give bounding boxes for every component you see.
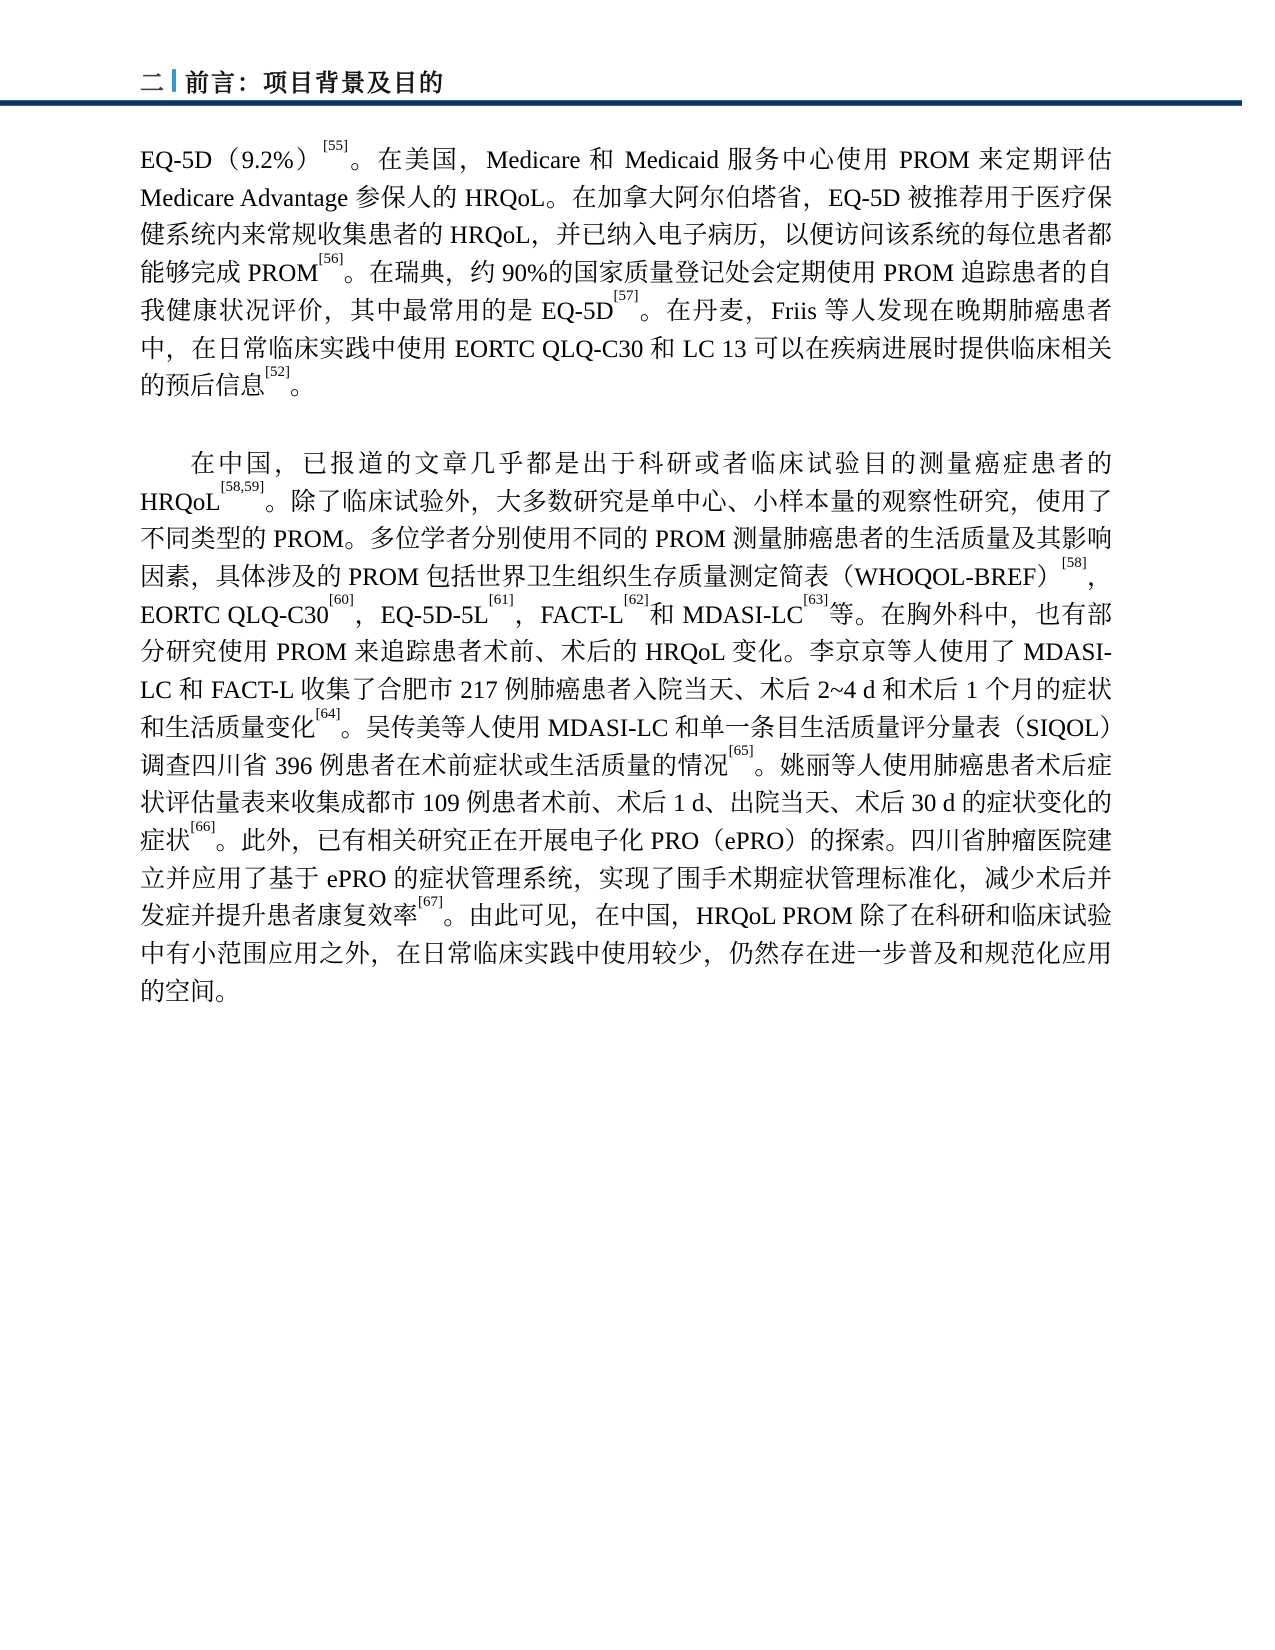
citation-superscript: [66]: [190, 819, 215, 835]
text-run: 和 MDASI-LC: [649, 602, 803, 629]
citation-superscript: [62]: [624, 592, 649, 608]
citation-superscript: [56]: [319, 251, 344, 267]
citation-superscript: [67]: [418, 894, 443, 910]
citation-superscript: [52]: [265, 364, 290, 380]
citation-superscript: [57]: [614, 288, 639, 304]
header-separator-bar: [172, 69, 176, 92]
running-head: 二 前言：项目背景及目的: [0, 0, 1275, 96]
header-rule: [0, 100, 1242, 106]
chapter-number: 二: [140, 63, 165, 98]
citation-superscript: [58]: [1062, 555, 1087, 571]
citation-superscript: [60]: [329, 592, 354, 608]
document-body: EQ-5D（9.2%）[55]。在美国，Medicare 和 Medicaid …: [140, 142, 1112, 1011]
text-run: EQ-5D（9.2%）: [140, 147, 323, 174]
citation-superscript: [64]: [316, 706, 341, 722]
citation-superscript: [55]: [323, 138, 348, 154]
citation-superscript: [58,59]: [221, 479, 265, 495]
chapter-title: 前言：项目背景及目的: [185, 63, 445, 98]
text-run: 。: [290, 373, 315, 400]
paragraph: 在中国，已报道的文章几乎都是出于科研或者临床试验目的测量癌症患者的 HRQoL[…: [140, 446, 1112, 1012]
paragraph: EQ-5D（9.2%）[55]。在美国，Medicare 和 Medicaid …: [140, 142, 1112, 406]
citation-superscript: [61]: [489, 592, 514, 608]
text-run: ，FACT-L: [514, 602, 624, 629]
text-run: 。除了临床试验外，大多数研究是单中心、小样本量的观察性研究，使用了不同类型的 P…: [140, 489, 1112, 591]
text-run: ，EQ-5D-5L: [354, 602, 489, 629]
citation-superscript: [63]: [803, 592, 828, 608]
document-page: 二 前言：项目背景及目的 EQ-5D（9.2%）[55]。在美国，Medicar…: [0, 0, 1275, 1650]
citation-superscript: [65]: [729, 743, 754, 759]
